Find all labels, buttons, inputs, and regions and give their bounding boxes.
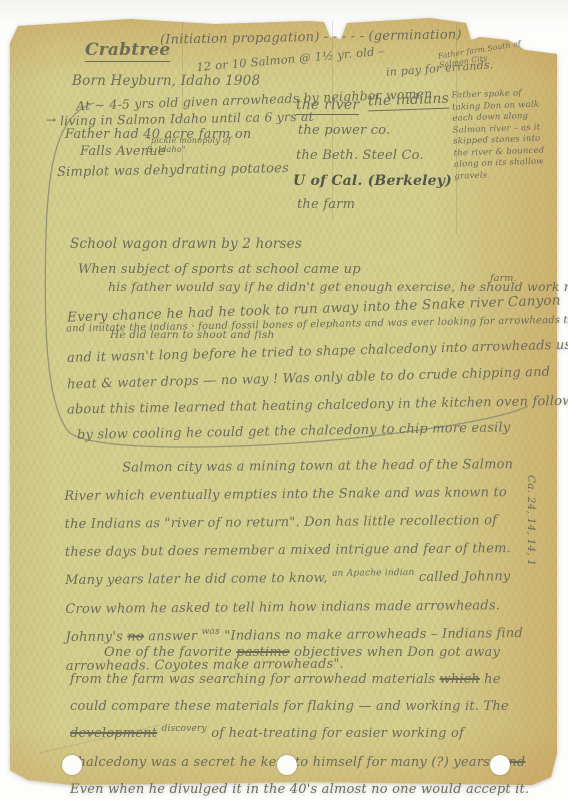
title-text: Crabtree: [85, 40, 170, 62]
manuscript-page: Crabtree (Initiation propagation) - - - …: [10, 13, 557, 785]
learn-interline: He did learn to shoot and fish: [110, 329, 275, 342]
topic-river: the river: [296, 97, 359, 115]
sports-line-1: When subject of sports at school came up: [78, 262, 361, 278]
salmon-pre: Salmon city was a mining town at the hea…: [64, 457, 513, 588]
salmon-insert: an Apache indian: [332, 568, 414, 579]
falls-avenue-note: "pickle monopoly of S. Idaho": [147, 136, 239, 154]
sports-line-3: farm.: [490, 273, 517, 285]
topic-indians: the indians: [368, 91, 450, 111]
punch-hole: [277, 755, 297, 775]
school-wagon-line: School wagon drawn by 2 horses: [70, 236, 302, 253]
salmon-was: was: [202, 627, 220, 637]
catalog-number-note: Ca. 24, 14, 14, 1: [524, 475, 537, 566]
favorite-struck-2: which: [440, 672, 480, 687]
punch-hole: [490, 755, 510, 775]
topic-item-ucal: U of Cal. (Berkeley): [293, 173, 452, 191]
favorite-pre: One of the favorite: [104, 645, 232, 660]
topic-item-power: the power co.: [298, 123, 390, 139]
page-title: Crabtree: [85, 40, 170, 61]
favorite-struck-1: pastime: [236, 645, 290, 660]
topic-item-farm: the farm: [297, 197, 355, 213]
favorite-paragraph: One of the favorite pastime objectives w…: [70, 639, 532, 800]
punch-hole: [62, 755, 82, 775]
favorite-struck-3: development: [70, 726, 157, 741]
topic-item-beth-steel: the Beth. Steel Co.: [296, 148, 424, 164]
right-margin-note: Father spoke of taking Don on walk each …: [451, 87, 552, 182]
born-line: Born Heyburn, Idaho 1908: [72, 73, 260, 90]
favorite-post: Even when he divulged it in the 40's alm…: [70, 782, 529, 797]
favorite-insert: discovery: [162, 724, 207, 734]
arrow-mark: →: [46, 113, 56, 128]
